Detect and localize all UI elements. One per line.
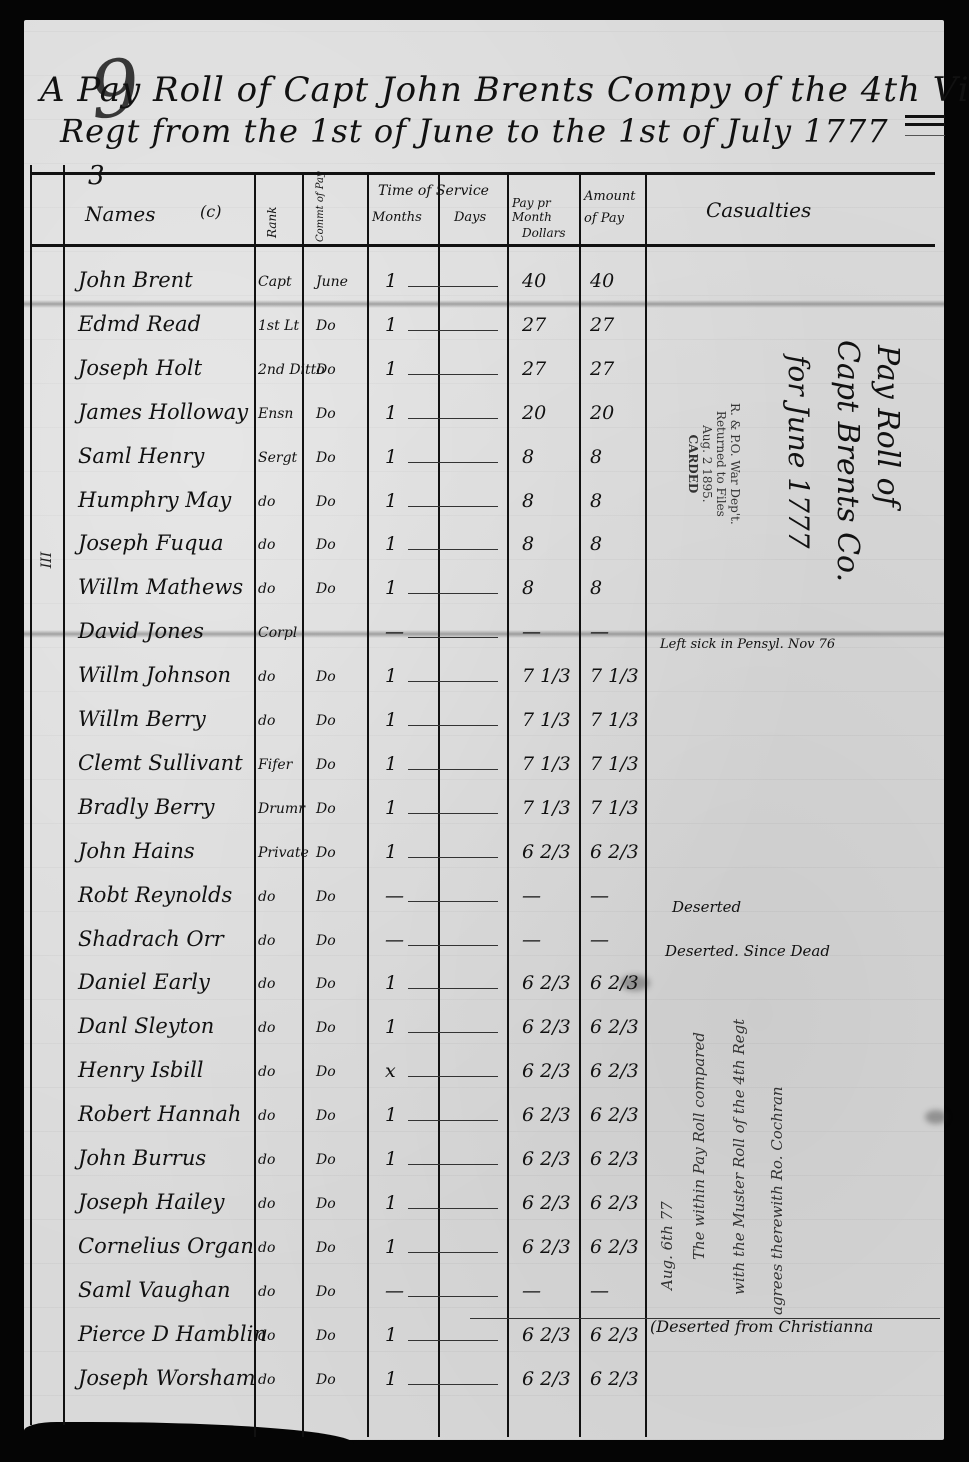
days-blank-dash [408,1164,498,1166]
days-blank-dash [408,1296,498,1298]
cell-commenced: Do [316,976,336,992]
cell-rank: do [258,494,275,510]
cell-pay-per-month: 6 2/3 [522,1192,571,1214]
cell-months: 1 [385,797,397,819]
corner-mark: (c) [200,202,221,221]
cell-name: Humphry May [78,488,231,512]
header-days: Days [454,210,486,225]
cell-amount: 7 1/3 [590,753,639,775]
cell-pay-per-month: 8 [522,490,534,512]
header-pay-per-month: Pay pr Month [512,196,576,224]
cell-pay-per-month: 6 2/3 [522,1148,571,1170]
cell-months: 1 [385,1148,397,1170]
cell-amount: — [590,1280,609,1302]
cell-commenced: Do [316,537,336,553]
cell-rank: do [258,1152,275,1168]
days-blank-dash [408,725,498,727]
cell-pay-per-month: 27 [522,314,546,336]
days-blank-dash [408,1076,498,1078]
margin-mark: III [36,552,52,569]
cell-commenced: Do [316,801,336,817]
cell-pay-per-month: 40 [522,270,546,292]
cell-months: 1 [385,709,397,731]
days-blank-dash [408,506,498,508]
cell-commenced: Do [316,1020,336,1036]
cell-name: Clemt Sullivant [78,751,243,775]
cell-commenced: Do [316,362,336,378]
endorsement-line-2: Capt Brents Co. [830,340,865,582]
cell-rank: do [258,976,275,992]
header-amount-of-pay: Amount of Pay [584,186,644,230]
cell-name: Robert Hannah [78,1102,241,1126]
cell-name: Joseph Hailey [78,1190,224,1214]
margin-rule [905,135,945,136]
header-rank: Rank [265,207,279,238]
cell-commenced: Do [316,1328,336,1344]
cell-pay-per-month: 6 2/3 [522,1324,571,1346]
cell-name: Joseph Holt [78,356,202,380]
cell-pay-per-month: 6 2/3 [522,841,571,863]
cell-name: Willm Mathews [78,575,243,599]
cell-pay-per-month: 7 1/3 [522,709,571,731]
cell-name: Pierce D Hamblin [78,1322,267,1346]
column-rule [254,172,256,1437]
endorsement-line-3: for June 1777 [782,355,815,549]
cell-commenced: Do [316,581,336,597]
cell-commenced: Do [316,757,336,773]
sheet-mark: 3 [88,161,105,191]
cell-amount: — [590,621,609,643]
cell-name: Daniel Early [78,970,210,994]
cell-months: 1 [385,1368,397,1390]
header-casualties: Casualties [706,198,811,222]
cell-commenced: Do [316,494,336,510]
cell-months: 1 [385,446,397,468]
cell-months: 1 [385,358,397,380]
cell-months: 1 [385,665,397,687]
cell-commenced: Do [316,889,336,905]
cell-amount: 6 2/3 [590,972,639,994]
table-top-rule [30,172,935,175]
cell-rank: do [258,669,275,685]
column-rule [438,172,440,1437]
cell-months: — [385,929,404,951]
cell-commenced: Do [316,713,336,729]
cell-rank: do [258,581,275,597]
cell-rank: Ensn [258,406,293,422]
casualty-note: Left sick in Pensyl. Nov 76 [660,637,835,652]
header-pay-unit: Dollars [522,226,566,240]
cell-name: Shadrach Orr [78,927,224,951]
cell-amount: 6 2/3 [590,1104,639,1126]
cell-pay-per-month: 6 2/3 [522,1368,571,1390]
cell-months: 1 [385,577,397,599]
days-blank-dash [408,418,498,420]
cell-rank: 1st Lt [258,318,299,334]
cell-pay-per-month: 7 1/3 [522,665,571,687]
column-rule [63,165,65,1425]
cell-rank: do [258,1328,275,1344]
war-dept-stamp: R. & P.O. War Dep't. Returned to Files A… [686,403,742,525]
cell-commenced: Do [316,1196,336,1212]
days-blank-dash [408,593,498,595]
cell-name: Willm Berry [78,707,206,731]
cell-amount: 6 2/3 [590,1236,639,1258]
column-rule [367,172,369,1437]
vertical-note-line-3: with the Muster Roll of the 4th Regt [730,1019,748,1295]
cell-rank: do [258,1020,275,1036]
cell-commenced: Do [316,1064,336,1080]
cell-months: 1 [385,1324,397,1346]
days-blank-dash [408,813,498,815]
casualty-note: Deserted [672,898,741,916]
cell-name: Saml Henry [78,444,204,468]
cell-pay-per-month: — [522,885,541,907]
cell-rank: 2nd Ditto [258,362,325,378]
cell-commenced: June [316,274,348,290]
days-blank-dash [408,374,498,376]
cell-amount: — [590,885,609,907]
cell-amount: 27 [590,358,614,380]
cell-commenced: Do [316,318,336,334]
cell-pay-per-month: 7 1/3 [522,797,571,819]
stamp-line-2: Returned to Files [714,403,728,525]
cell-commenced: Do [316,1372,336,1388]
margin-rule [905,115,945,118]
cell-rank: Drumr [258,801,305,817]
cell-pay-per-month: 8 [522,533,534,555]
cell-name: Henry Isbill [78,1058,204,1082]
cell-name: Danl Sleyton [78,1014,214,1038]
cell-rank: do [258,1284,275,1300]
days-blank-dash [408,1120,498,1122]
cell-name: John Burrus [78,1146,206,1170]
vertical-note-line-2: The within Pay Roll compared [690,1032,708,1260]
cell-rank: do [258,1064,275,1080]
title-line-1: A Pay Roll of Capt John Brents Compy of … [40,70,969,110]
stamp-line-1: R. & P.O. War Dep't. [728,403,742,525]
cell-pay-per-month: 8 [522,446,534,468]
cell-commenced: Do [316,933,336,949]
cell-months: 1 [385,1192,397,1214]
cell-name: Joseph Worsham [78,1366,256,1390]
column-rule [645,172,647,1437]
cell-name: Joseph Fuqua [78,531,224,555]
cell-name: Robt Reynolds [78,883,232,907]
days-blank-dash [408,769,498,771]
cell-rank: do [258,1108,275,1124]
cell-name: David Jones [78,619,204,643]
cell-months: — [385,621,404,643]
days-blank-dash [408,857,498,859]
cell-months: — [385,1280,404,1302]
cell-amount: 8 [590,577,602,599]
cell-pay-per-month: 27 [522,358,546,380]
cell-months: 1 [385,1016,397,1038]
cell-amount: 8 [590,446,602,468]
days-blank-dash [408,1384,498,1386]
cell-commenced: Do [316,669,336,685]
cell-name: Edmd Read [78,312,201,336]
cell-rank: Capt [258,274,292,290]
days-blank-dash [408,1032,498,1034]
cell-commenced: Do [316,406,336,422]
cell-amount: 8 [590,533,602,555]
cell-amount: — [590,929,609,951]
cell-rank: do [258,1196,275,1212]
cell-rank: do [258,1372,275,1388]
cell-amount: 8 [590,490,602,512]
cell-pay-per-month: — [522,929,541,951]
cell-months: x [385,1060,396,1082]
cell-amount: 40 [590,270,614,292]
days-blank-dash [408,945,498,947]
cell-amount: 6 2/3 [590,841,639,863]
column-rule [30,165,32,1425]
cell-name: Saml Vaughan [78,1278,231,1302]
cell-months: 1 [385,270,397,292]
vertical-note-line-1: Aug. 6th 77 [658,1201,676,1290]
cell-amount: 6 2/3 [590,1192,639,1214]
casualty-rule [470,1318,940,1319]
cell-amount: 6 2/3 [590,1148,639,1170]
header-months: Months [372,210,422,225]
cell-rank: Fifer [258,757,292,773]
margin-rule [905,123,945,126]
cell-rank: do [258,933,275,949]
cell-pay-per-month: 6 2/3 [522,1016,571,1038]
cell-months: 1 [385,1236,397,1258]
header-bottom-rule [30,244,935,247]
cell-name: John Hains [78,839,195,863]
cell-commenced: Do [316,1108,336,1124]
cell-amount: 6 2/3 [590,1324,639,1346]
cell-rank: do [258,713,275,729]
cell-pay-per-month: 6 2/3 [522,1104,571,1126]
cell-months: 1 [385,1104,397,1126]
cell-amount: 7 1/3 [590,709,639,731]
endorsement-line-1: Pay Roll of [870,345,905,507]
cell-months: 1 [385,972,397,994]
days-blank-dash [408,330,498,332]
cell-name: John Brent [78,268,193,292]
cell-rank: Sergt [258,450,297,466]
cell-pay-per-month: 6 2/3 [522,1060,571,1082]
stamp-line-3: Aug. 2 1895. [700,403,714,525]
cell-months: 1 [385,533,397,555]
title-line-2: Regt from the 1st of June to the 1st of … [60,112,889,150]
days-blank-dash [408,988,498,990]
cell-rank: Corpl [258,625,297,641]
fold-stain [24,300,944,308]
stamp-line-4: CARDED [686,403,700,525]
ink-blot [925,1110,947,1124]
cell-rank: do [258,537,275,553]
cell-pay-per-month: — [522,621,541,643]
casualty-note: Deserted. Since Dead [665,942,830,960]
cell-commenced: Do [316,1240,336,1256]
cell-months: — [385,885,404,907]
cell-rank: Private [258,845,309,861]
days-blank-dash [408,637,498,639]
header-time-of-service: Time of Service [378,183,489,199]
cell-amount: 6 2/3 [590,1060,639,1082]
cell-amount: 27 [590,314,614,336]
days-blank-dash [408,462,498,464]
header-names: Names [85,202,156,226]
cell-pay-per-month: 7 1/3 [522,753,571,775]
cell-name: Willm Johnson [78,663,231,687]
torn-edge [24,1422,354,1444]
cell-months: 1 [385,841,397,863]
cell-name: Cornelius Organ [78,1234,254,1258]
cell-rank: do [258,1240,275,1256]
cell-commenced: Do [316,450,336,466]
cell-months: 1 [385,402,397,424]
cell-months: 1 [385,753,397,775]
cell-commenced: Do [316,845,336,861]
cell-pay-per-month: 6 2/3 [522,1236,571,1258]
days-blank-dash [408,286,498,288]
days-blank-dash [408,901,498,903]
days-blank-dash [408,681,498,683]
days-blank-dash [408,1208,498,1210]
cell-amount: 6 2/3 [590,1016,639,1038]
casualty-note: (Deserted from Christianna [650,1317,873,1336]
cell-rank: do [258,889,275,905]
cell-amount: 7 1/3 [590,797,639,819]
column-rule [579,172,581,1437]
vertical-note-line-4: agrees therewith Ro. Cochran [768,1086,786,1315]
column-rule [507,172,509,1437]
days-blank-dash [408,1252,498,1254]
days-blank-dash [408,549,498,551]
cell-amount: 20 [590,402,614,424]
cell-amount: 7 1/3 [590,665,639,687]
cell-months: 1 [385,314,397,336]
header-commencement: Commt of Pay [315,172,326,242]
cell-name: Bradly Berry [78,795,215,819]
cell-amount: 6 2/3 [590,1368,639,1390]
cell-commenced: Do [316,1284,336,1300]
cell-pay-per-month: 8 [522,577,534,599]
cell-pay-per-month: — [522,1280,541,1302]
cell-months: 1 [385,490,397,512]
cell-pay-per-month: 20 [522,402,546,424]
cell-pay-per-month: 6 2/3 [522,972,571,994]
days-blank-dash [408,1340,498,1342]
cell-commenced: Do [316,1152,336,1168]
cell-name: James Holloway [78,400,248,424]
